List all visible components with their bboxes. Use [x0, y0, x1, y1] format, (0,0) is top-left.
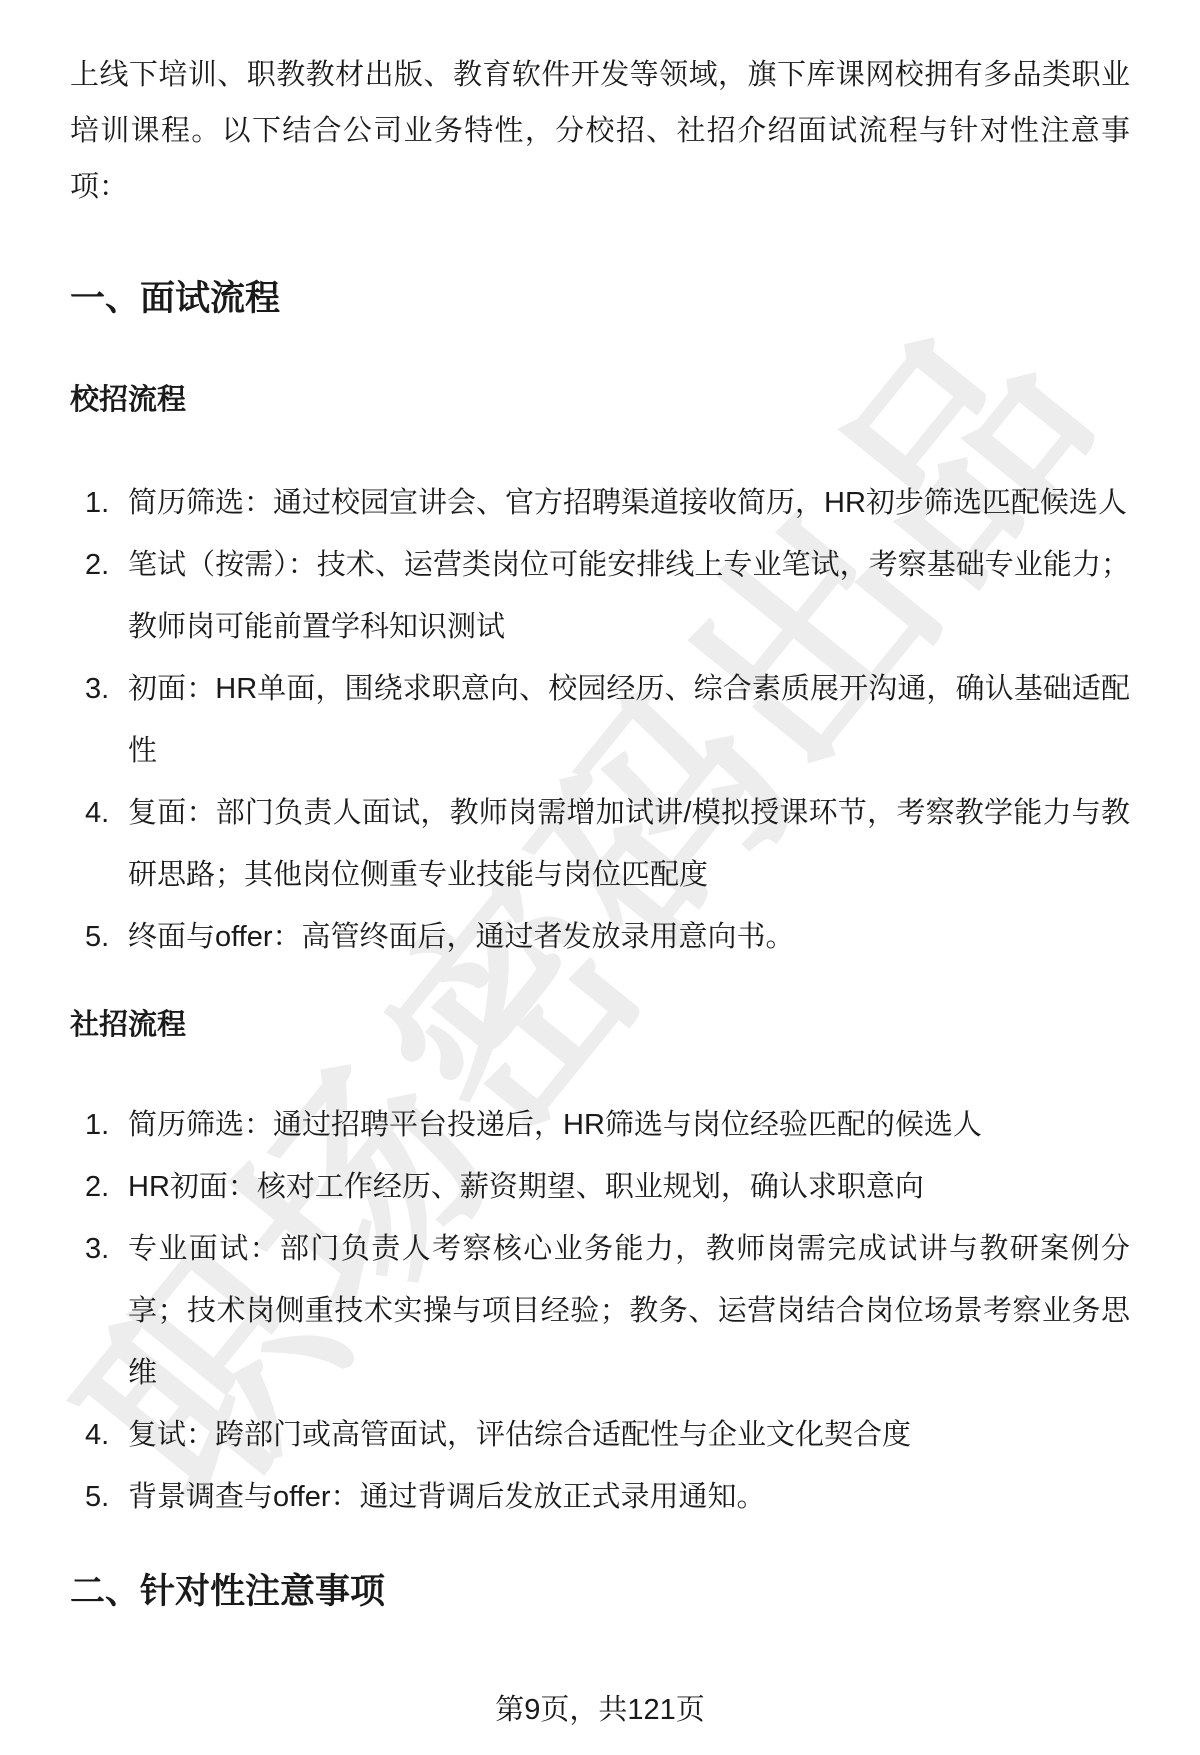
page-content: 上线下培训、职教教材出版、教育软件开发等领域，旗下库课网校拥有多品类职业培训课程…	[0, 0, 1200, 1612]
list-item: 1.简历筛选：通过招聘平台投递后，HR筛选与岗位经验匹配的候选人	[128, 1094, 1130, 1156]
subheading-campus-process: 校招流程	[70, 383, 1130, 417]
list-item-text: 简历筛选：通过招聘平台投递后，HR筛选与岗位经验匹配的候选人	[128, 1109, 982, 1141]
list-item-text: 背景调查与offer：通过背调后发放正式录用通知。	[128, 1481, 766, 1513]
document-page: 职场密码出品 上线下培训、职教教材出版、教育软件开发等领域，旗下库课网校拥有多品…	[0, 0, 1200, 1755]
list-item: 2.笔试（按需）：技术、运营类岗位可能安排线上专业笔试，考察基础专业能力；教师岗…	[128, 534, 1130, 658]
list-item-number: 4.	[85, 1404, 109, 1466]
list-item: 5.背景调查与offer：通过背调后发放正式录用通知。	[128, 1466, 1130, 1528]
section-heading-interview-process: 一、面试流程	[70, 279, 1130, 319]
list-item-number: 5.	[85, 1466, 109, 1528]
list-item: 2.HR初面：核对工作经历、薪资期望、职业规划，确认求职意向	[128, 1156, 1130, 1218]
list-item: 5.终面与offer：高管终面后，通过者发放录用意向书。	[128, 906, 1130, 968]
subheading-social-process: 社招流程	[70, 1008, 1130, 1042]
list-item-text: 简历筛选：通过校园宣讲会、官方招聘渠道接收简历，HR初步筛选匹配候选人	[128, 487, 1127, 519]
list-item-number: 1.	[85, 472, 109, 534]
list-item: 3.初面：HR单面，围绕求职意向、校园经历、综合素质展开沟通，确认基础适配性	[128, 658, 1130, 782]
list-item-number: 5.	[85, 906, 109, 968]
list-item-number: 2.	[85, 534, 109, 596]
list-item-number: 3.	[85, 1218, 109, 1280]
intro-paragraph: 上线下培训、职教教材出版、教育软件开发等领域，旗下库课网校拥有多品类职业培训课程…	[70, 0, 1130, 215]
page-number: 第9页，共121页	[0, 1692, 1200, 1728]
list-item-number: 4.	[85, 782, 109, 844]
list-item-text: 初面：HR单面，围绕求职意向、校园经历、综合素质展开沟通，确认基础适配性	[128, 673, 1130, 767]
campus-process-list: 1.简历筛选：通过校园宣讲会、官方招聘渠道接收简历，HR初步筛选匹配候选人2.笔…	[70, 472, 1130, 968]
list-item-text: 复试：跨部门或高管面试，评估综合适配性与企业文化契合度	[128, 1419, 911, 1451]
section-heading-notes: 二、针对性注意事项	[70, 1572, 1130, 1612]
list-item: 4.复面：部门负责人面试，教师岗需增加试讲/模拟授课环节，考察教学能力与教研思路…	[128, 782, 1130, 906]
list-item-text: 终面与offer：高管终面后，通过者发放录用意向书。	[128, 921, 795, 953]
list-item-text: 专业面试：部门负责人考察核心业务能力，教师岗需完成试讲与教研案例分享；技术岗侧重…	[128, 1233, 1130, 1389]
list-item: 1.简历筛选：通过校园宣讲会、官方招聘渠道接收简历，HR初步筛选匹配候选人	[128, 472, 1130, 534]
social-process-list: 1.简历筛选：通过招聘平台投递后，HR筛选与岗位经验匹配的候选人2.HR初面：核…	[70, 1094, 1130, 1528]
list-item: 4.复试：跨部门或高管面试，评估综合适配性与企业文化契合度	[128, 1404, 1130, 1466]
list-item-text: 笔试（按需）：技术、运营类岗位可能安排线上专业笔试，考察基础专业能力；教师岗可能…	[128, 549, 1130, 643]
list-item-text: 复面：部门负责人面试，教师岗需增加试讲/模拟授课环节，考察教学能力与教研思路；其…	[128, 797, 1130, 891]
list-item-number: 3.	[85, 658, 109, 720]
list-item: 3.专业面试：部门负责人考察核心业务能力，教师岗需完成试讲与教研案例分享；技术岗…	[128, 1218, 1130, 1404]
list-item-text: HR初面：核对工作经历、薪资期望、职业规划，确认求职意向	[128, 1171, 924, 1203]
list-item-number: 2.	[85, 1156, 109, 1218]
list-item-number: 1.	[85, 1094, 109, 1156]
